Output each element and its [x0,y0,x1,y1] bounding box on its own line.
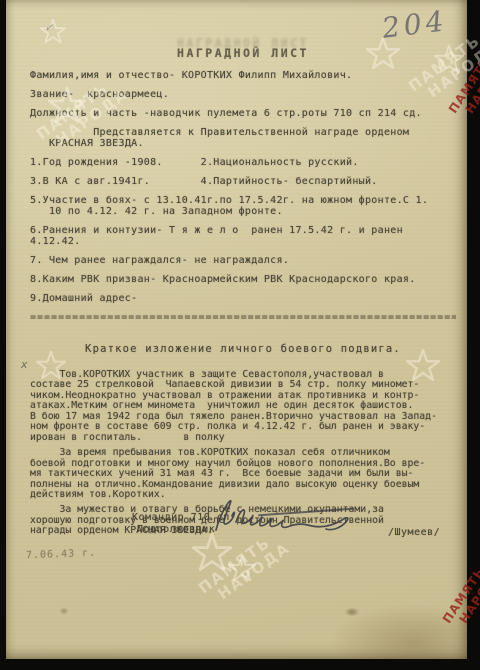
scanned-document-page: { "page": { "page_number": "204", "check… [0,0,480,670]
date-note: 7.06.43 г. [26,548,97,561]
document-paper: 204 ✓ х НАГРАДНОЙ ЛИСТ НАГРАДНОЙ ЛИСТ Фа… [6,0,467,659]
section-divider: ========================================… [30,312,456,323]
star-watermark-icon [228,554,256,582]
summary-heading: Краткое изложение личного боевого подвиг… [30,343,456,355]
check-mark-icon: ✓ [45,20,54,35]
document-body: НАГРАДНОЙ ЛИСТ Фамилия,имя и отчество- К… [30,46,456,542]
form-line: Фамилия,имя и отчество- КОРОТКИХ Филипп … [30,70,456,81]
form-line: Должность и часть -наводчик пулемета 6 с… [30,108,456,119]
document-title: НАГРАДНОЙ ЛИСТ [30,46,456,60]
signer-name: /Шумеев/ [388,527,440,538]
form-line: 6.Ранения и контузии- Т я ж е л о ранен … [30,225,456,247]
form-line: Звание- красноармеец. [30,89,456,100]
margin-pencil-mark: х [21,358,28,371]
summary-paragraph: Тов.КОРОТКИХ участник в защите Севастопо… [30,370,456,443]
form-section: Фамилия,имя и отчество- КОРОТКИХ Филипп … [30,70,456,304]
form-line: 1.Год рождения -1908. 2.Национальность р… [30,157,456,168]
handwritten-signature [202,490,358,550]
form-line: 8.Каким РВК призван- Красноармейским РВК… [30,274,456,285]
form-line: Представляется к Правительственной награ… [30,127,456,149]
form-line: 5.Участие в боях- с 13.10.41г.по 17.5.42… [30,195,456,217]
form-line: 3.В КА с авг.1941г. 4.Партийность- беспа… [30,176,456,187]
form-line: 9.Домашний адрес- [30,293,456,304]
form-line: 7. Чем ранее награждался- не награждался… [30,255,456,266]
